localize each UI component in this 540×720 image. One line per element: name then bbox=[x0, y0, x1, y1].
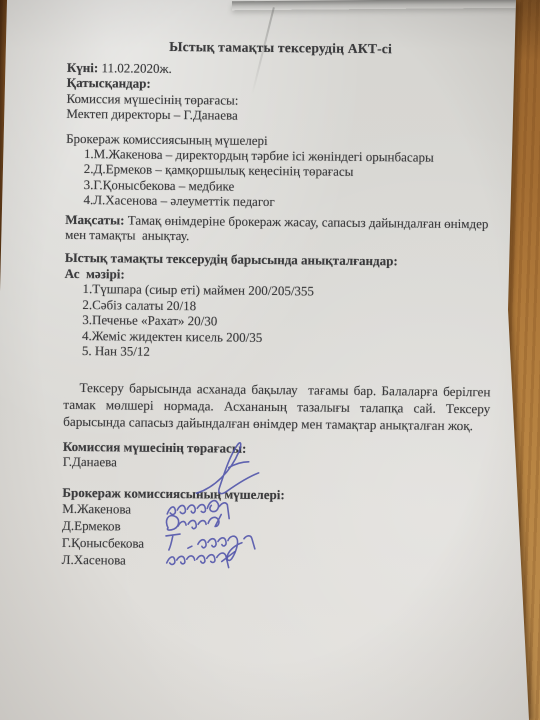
purpose-paragraph: Мақсаты: Тамақ өнімдеріне брокераж жасау… bbox=[65, 212, 492, 247]
signatory-name: М.Жакенова bbox=[62, 501, 170, 518]
members-list: 1.М.Жакенова – директордың тәрбие ісі жө… bbox=[65, 146, 493, 212]
signature-row: Л.Хасенова bbox=[62, 551, 489, 572]
chairman-name-line: Мектеп директоры – Г.Данаева bbox=[66, 106, 493, 126]
menu-item: 5. Нан 35/12 bbox=[82, 343, 491, 363]
document-body: Ыстық тамақты тексерудің АКТ-сі Күні: 11… bbox=[0, 0, 540, 720]
purpose-label: Мақсаты: bbox=[65, 212, 124, 228]
paper-shadow: Ыстық тамақты тексерудің АКТ-сі Күні: 11… bbox=[0, 0, 540, 720]
purpose-text: Тамақ өнімдеріне брокераж жасау, сапасыз… bbox=[65, 212, 488, 243]
document-photo: Ыстық тамақты тексерудің АКТ-сі Күні: 11… bbox=[0, 0, 540, 720]
date-value: 11.02.2020ж. bbox=[101, 60, 171, 76]
signature-row: Г.Данаева bbox=[63, 454, 490, 474]
signatory-name: Г.Данаева bbox=[63, 454, 171, 471]
member-item: 4.Л.Хасенова – әлеуметтік педагог bbox=[83, 192, 492, 212]
paper-sheet: Ыстық тамақты тексерудің АКТ-сі Күні: 11… bbox=[0, 0, 540, 720]
conclusion-paragraph: Тексеру барысында асханада бақылау тағам… bbox=[63, 380, 491, 435]
signatory-name: Г.Қонысбекова bbox=[62, 535, 170, 552]
date-label: Күні: bbox=[67, 60, 99, 75]
signature-khassenova-ink bbox=[165, 546, 240, 573]
document-title: Ыстық тамақты тексерудің АКТ-сі bbox=[67, 38, 494, 57]
signature-danaeva-ink bbox=[190, 437, 271, 500]
signatory-name: Д.Ермеков bbox=[62, 518, 170, 535]
signatory-name: Л.Хасенова bbox=[62, 552, 170, 569]
menu-list: 1.Түшпара (сиыр еті) маймен 200/205/355 … bbox=[64, 281, 492, 362]
